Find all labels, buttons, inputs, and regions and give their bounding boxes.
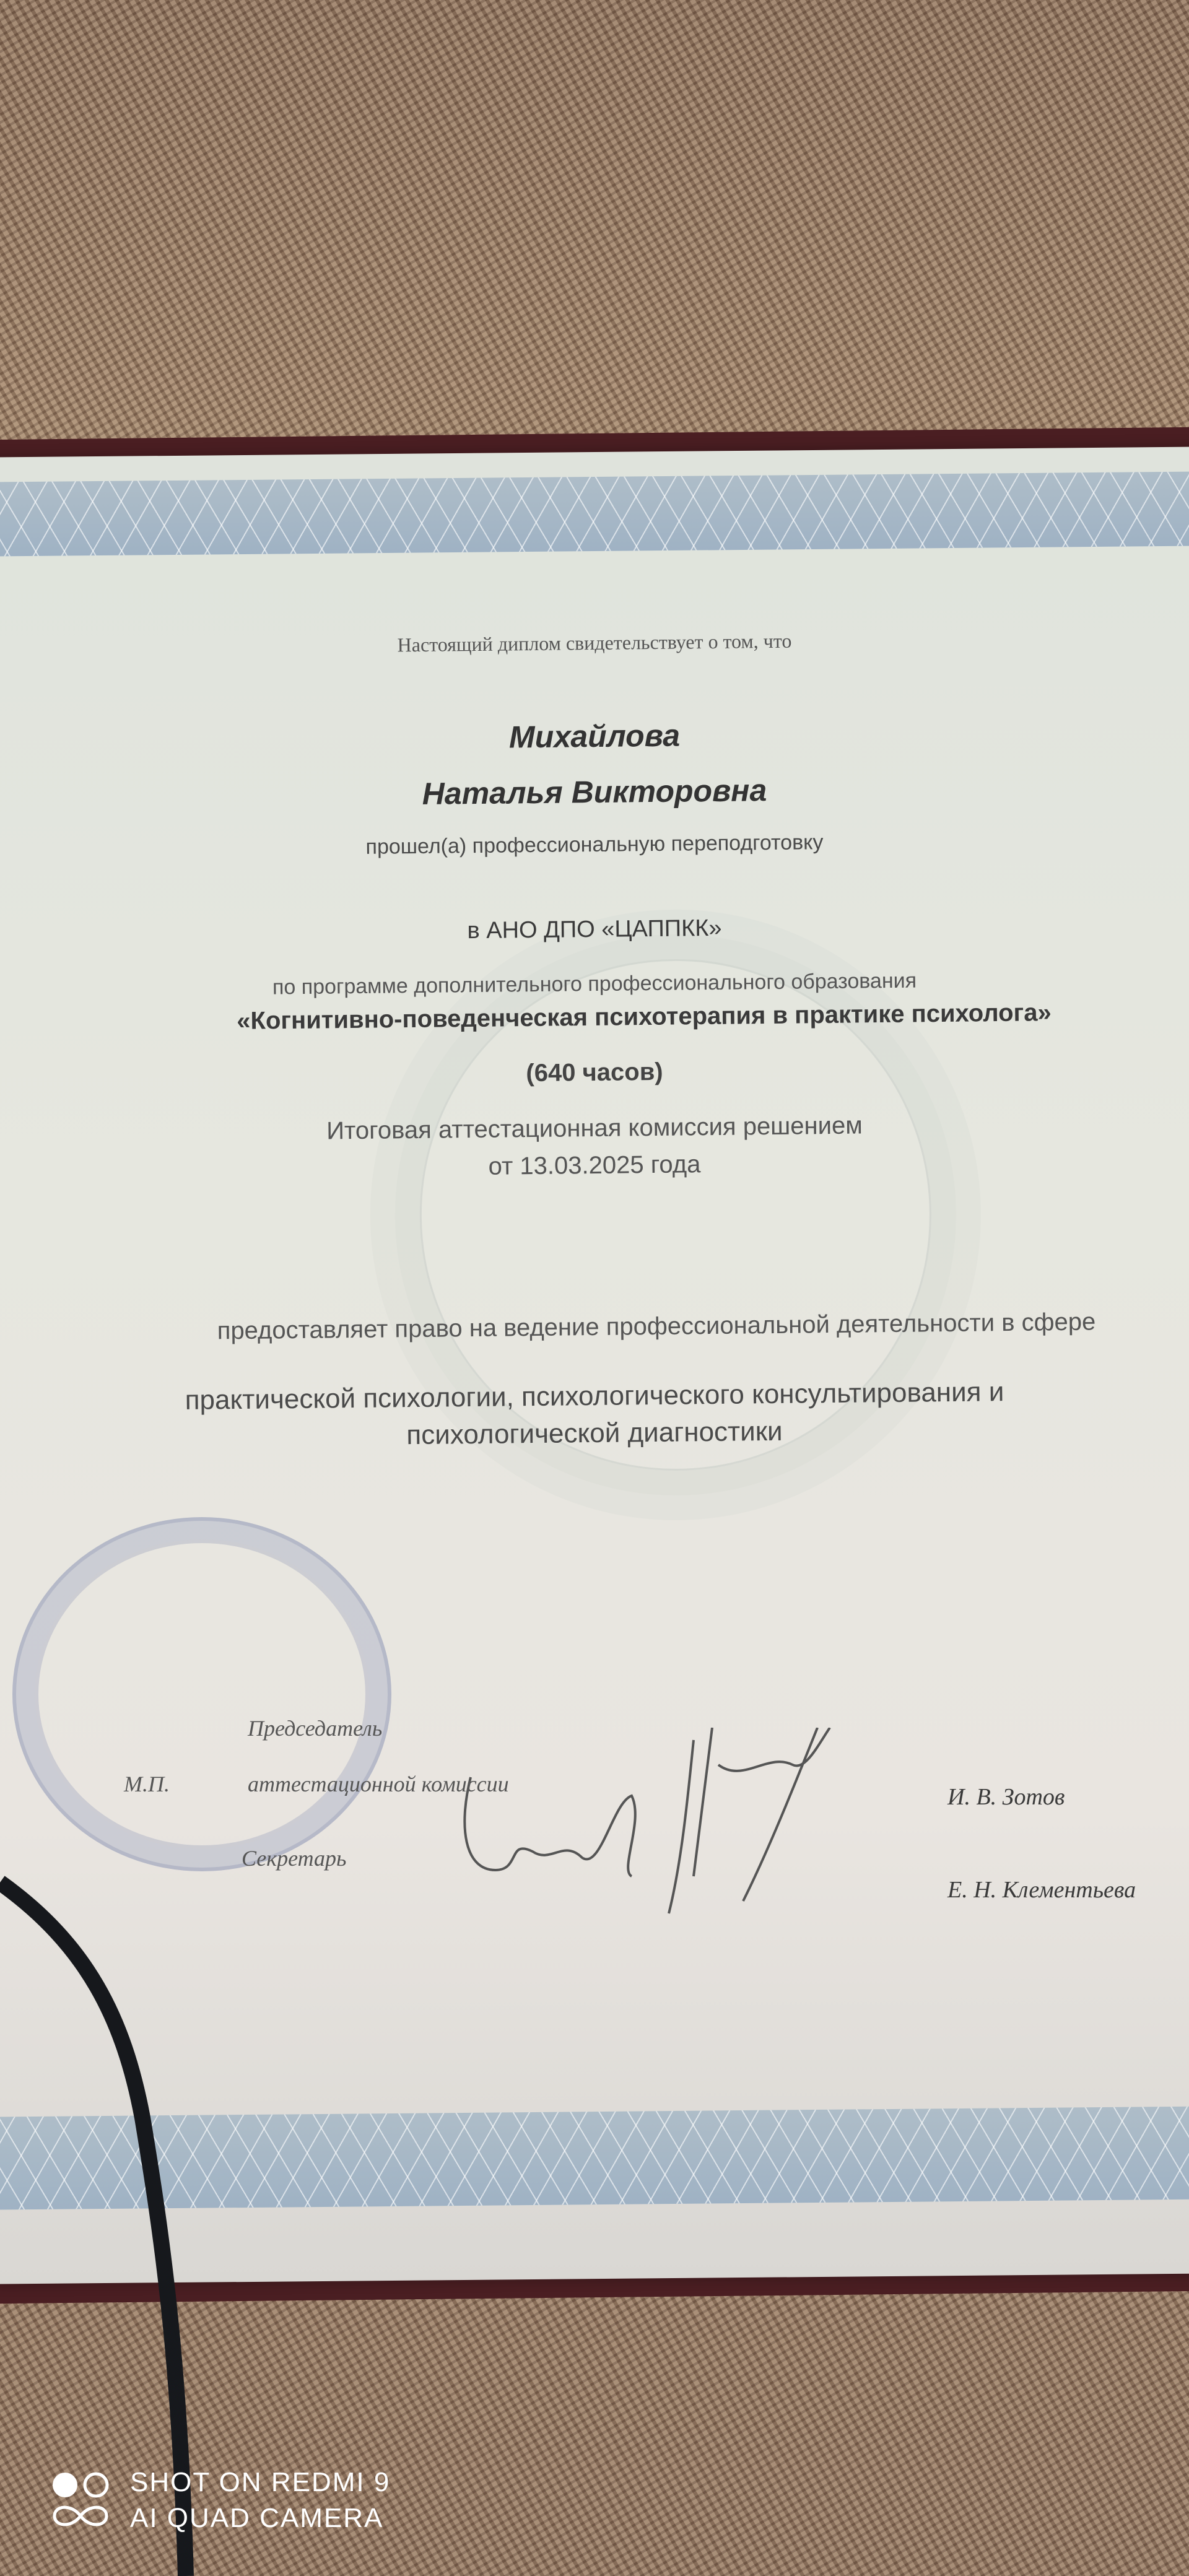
watermark-line-2: AI QUAD CAMERA (130, 2500, 390, 2536)
handwritten-signatures (446, 1728, 917, 1951)
camera-watermark: SHOT ON REDMI 9 AI QUAD CAMERA (50, 2465, 390, 2536)
official-seal (12, 1517, 391, 1871)
chair-label-1: Председатель (248, 1715, 382, 1741)
secretary-name: Е. Н. Клементьева (947, 1876, 1136, 1904)
chair-name: И. В. Зотов (947, 1783, 1065, 1811)
quad-camera-icon (50, 2469, 111, 2531)
guilloche-border-top (0, 471, 1189, 556)
seal-label: М.П. (124, 1771, 170, 1797)
watermark-line-1: SHOT ON REDMI 9 (130, 2465, 390, 2500)
